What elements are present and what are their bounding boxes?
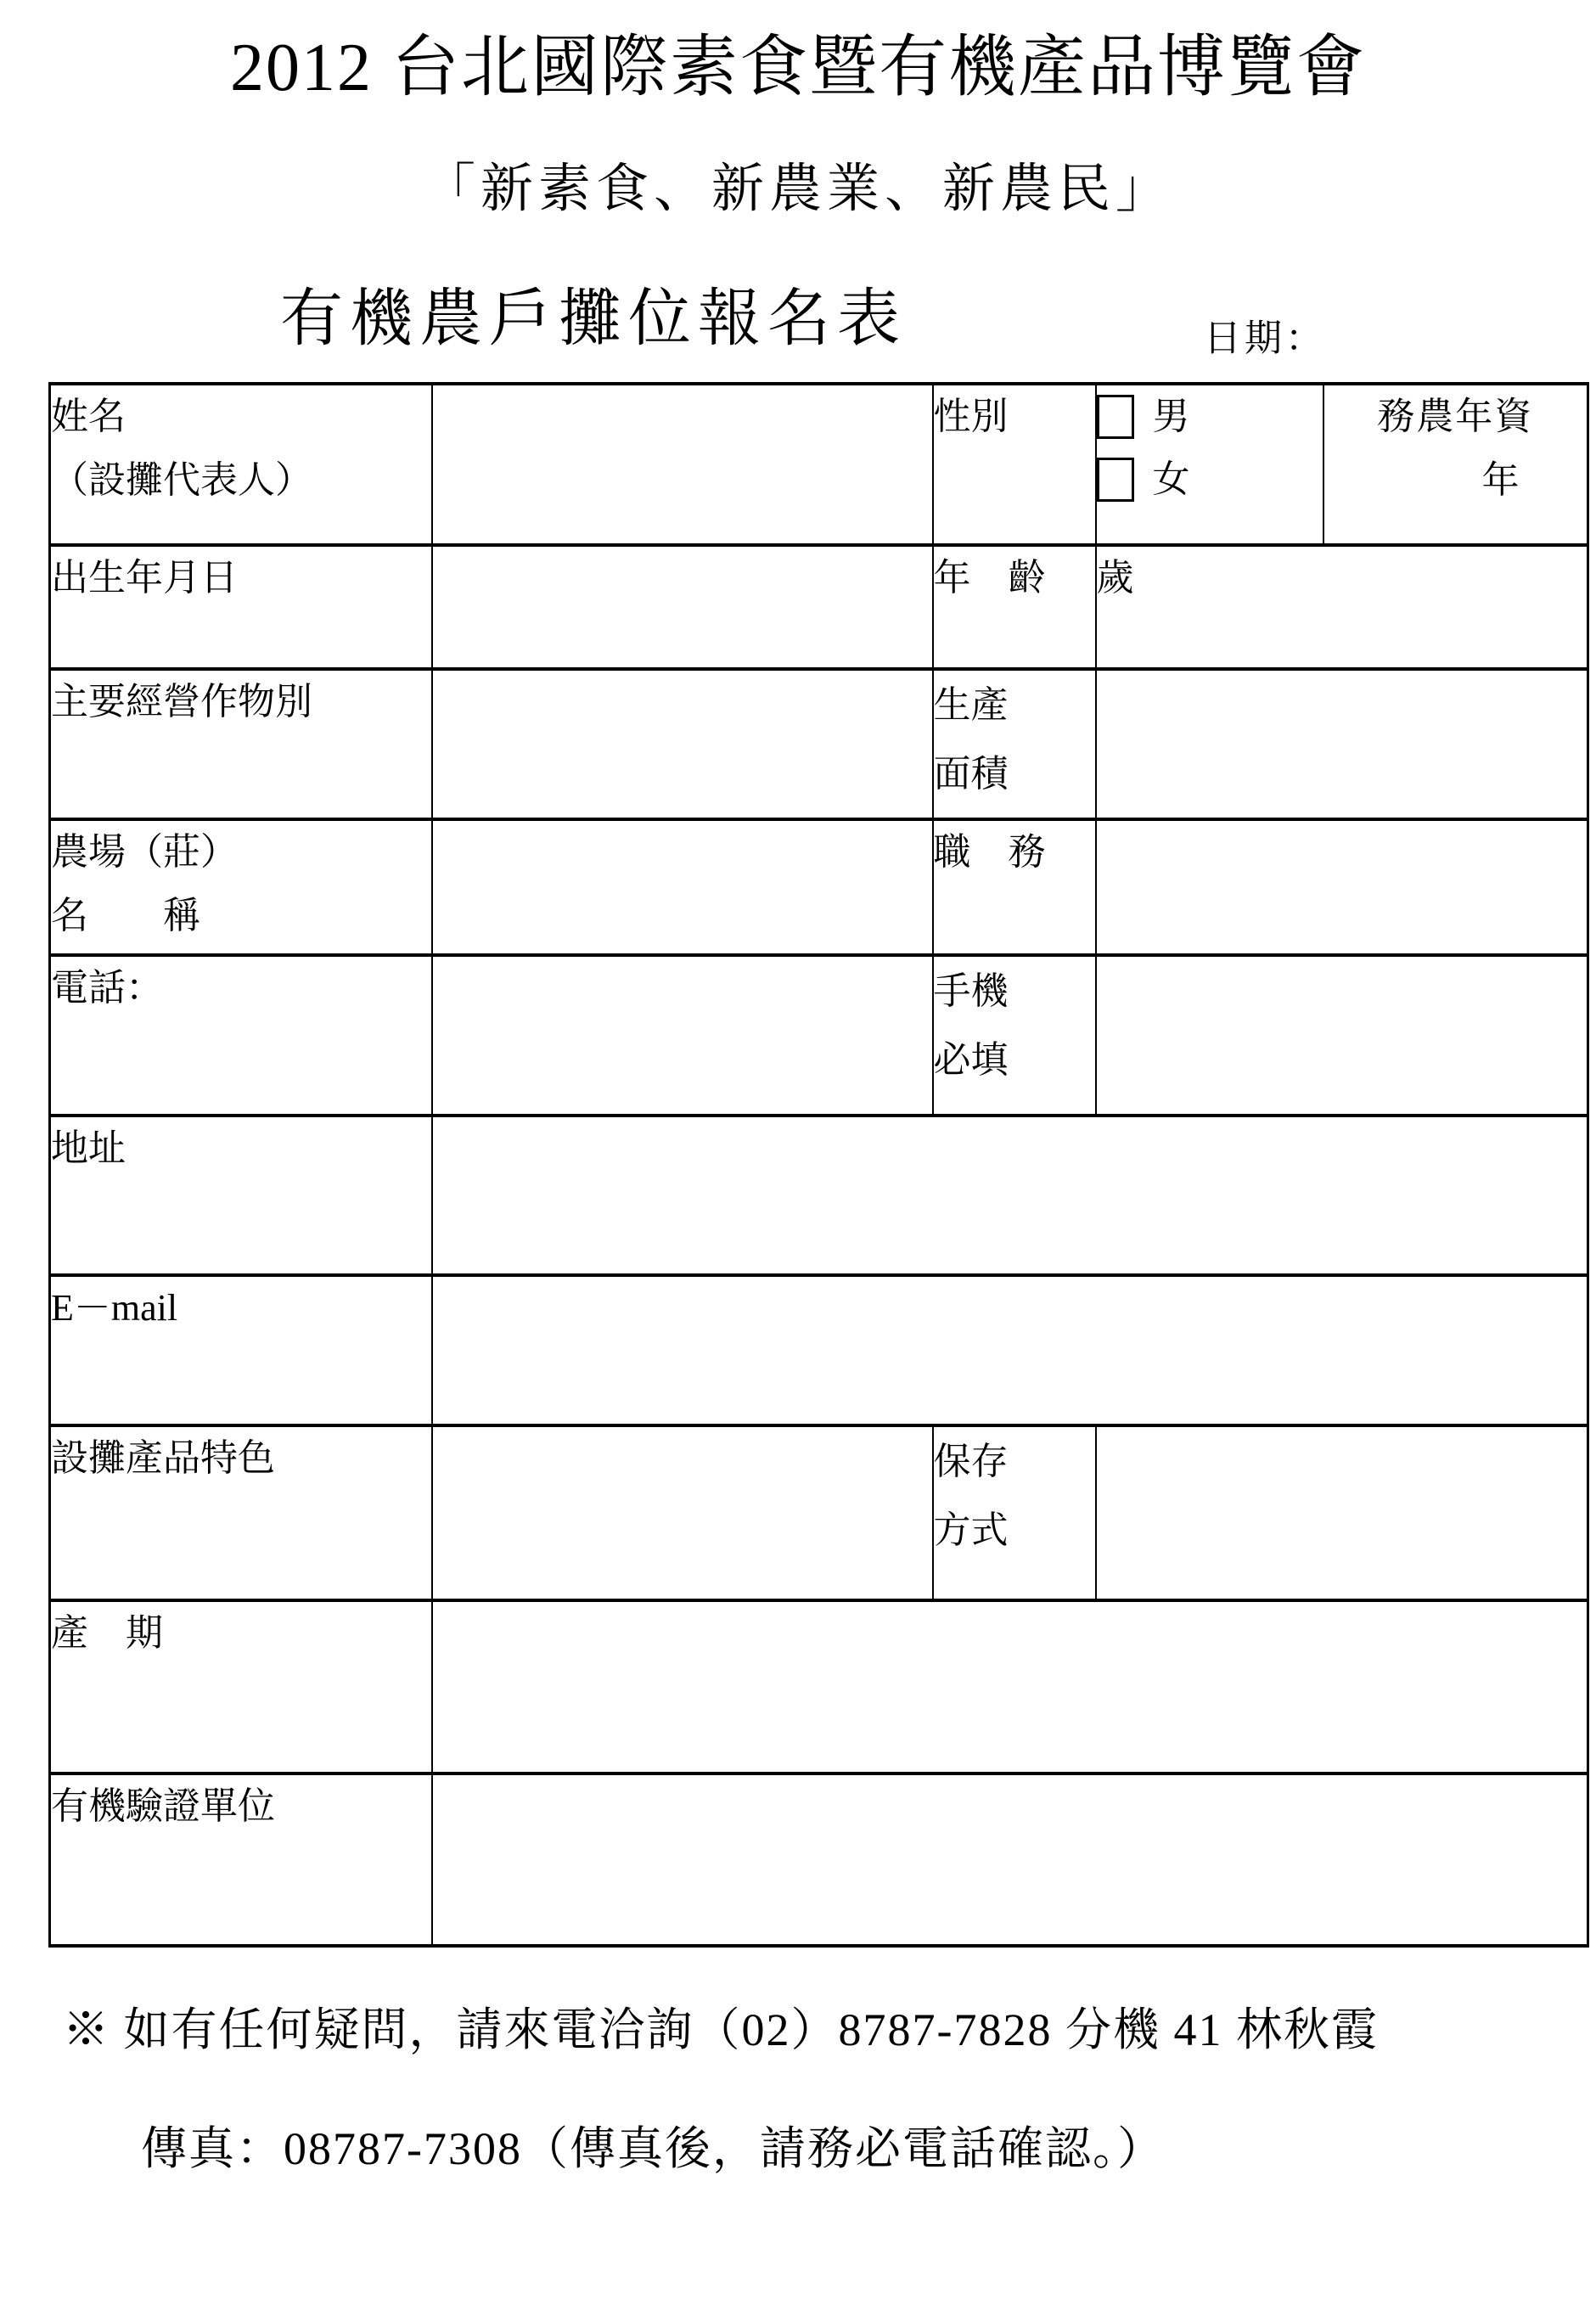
farming-years-label: 務農年資 [1324,385,1588,449]
address-label: 地址 [51,1117,431,1181]
registration-form-table: 姓名 （設攤代表人） 性別 男 女 務農年資 年 [48,382,1589,1948]
fax-note: 傳真：08787-7308（傳真後，請務必電話確認。） [141,2112,1165,2178]
main-crops-label: 主要經營作物別 [51,671,431,734]
row-certification: 有機驗證單位 [50,1773,1588,1946]
gender-label: 性別 [934,385,1095,449]
name-input-cell[interactable] [432,384,933,545]
row-birth-age: 出生年月日 年 齡 歲 [50,545,1588,669]
address-label-cell: 地址 [50,1116,432,1275]
email-label-cell: E－mail [50,1275,432,1425]
mobile-input-cell[interactable] [1096,955,1588,1116]
age-input-cell[interactable]: 歲 [1096,545,1588,669]
female-checkbox[interactable] [1097,458,1134,502]
preservation-label-line2: 方式 [934,1496,1095,1565]
age-label: 年 齡 [934,547,1095,610]
birth-date-label-cell: 出生年月日 [50,545,432,669]
form-title: 有機農戶攤位報名表 [280,268,907,358]
production-area-label-line1: 生產 [934,671,1095,739]
farming-years-unit: 年 [1324,449,1588,513]
product-features-input-cell[interactable] [432,1425,933,1600]
product-features-label-cell: 設攤產品特色 [50,1425,432,1600]
phone-label: 電話： [51,957,431,1020]
female-checkbox-label: 女 [1153,448,1190,512]
production-area-label-cell: 生產 面積 [933,669,1096,819]
farm-name-label-line1: 農場（莊） [51,821,431,885]
production-area-label-line2: 面積 [934,739,1095,808]
production-area-input-cell[interactable] [1096,669,1588,819]
registration-form-page: 2012 台北國際素食暨有機產品博覽會 「新素食、新農業、新農民」 有機農戶攤位… [0,0,1596,2299]
age-label-cell: 年 齡 [933,545,1096,669]
page-title: 2012 台北國際素食暨有機產品博覽會 [0,12,1596,110]
date-label: 日期： [1204,307,1326,362]
job-title-label: 職 務 [934,821,1095,885]
mobile-label-line1: 手機 [934,957,1095,1026]
row-email: E－mail [50,1275,1588,1425]
preservation-label-cell: 保存 方式 [933,1425,1096,1600]
row-features-preservation: 設攤產品特色 保存 方式 [50,1425,1588,1600]
gender-options-cell: 男 女 [1096,384,1323,545]
farming-years-input-cell[interactable]: 務農年資 年 [1323,384,1588,545]
address-input-cell[interactable] [432,1116,1588,1275]
main-crops-input-cell[interactable] [432,669,933,819]
birth-date-label: 出生年月日 [51,547,431,610]
preservation-input-cell[interactable] [1096,1425,1588,1600]
mobile-label-line2: 必填 [934,1026,1095,1094]
male-checkbox-label: 男 [1153,385,1190,449]
farm-name-label-cell: 農場（莊） 名 稱 [50,819,432,955]
production-period-label-cell: 產 期 [50,1600,432,1773]
production-period-label: 產 期 [51,1602,431,1666]
row-crops-area: 主要經營作物別 生產 面積 [50,669,1588,819]
production-period-input-cell[interactable] [432,1600,1588,1773]
email-label: E－mail [51,1277,431,1341]
gender-option-female[interactable]: 女 [1097,448,1323,511]
row-name-gender: 姓名 （設攤代表人） 性別 男 女 務農年資 年 [50,384,1588,545]
inquiry-note: ※ 如有任何疑問，請來電洽詢（02）8787-7828 分機 41 林秋霞 [63,1993,1379,2059]
row-phone-mobile: 電話： 手機 必填 [50,955,1588,1116]
age-unit: 歲 [1097,557,1134,599]
gender-label-cell: 性別 [933,384,1096,545]
certification-input-cell[interactable] [432,1773,1588,1946]
male-checkbox[interactable] [1097,395,1134,439]
gender-option-male[interactable]: 男 [1097,385,1323,448]
row-farmname-job: 農場（莊） 名 稱 職 務 [50,819,1588,955]
certification-label: 有機驗證單位 [51,1775,431,1839]
email-input-cell[interactable] [432,1275,1588,1425]
phone-label-cell: 電話： [50,955,432,1116]
job-title-label-cell: 職 務 [933,819,1096,955]
job-title-input-cell[interactable] [1096,819,1588,955]
product-features-label: 設攤產品特色 [51,1427,431,1491]
farm-name-input-cell[interactable] [432,819,933,955]
phone-input-cell[interactable] [432,955,933,1116]
row-address: 地址 [50,1116,1588,1275]
certification-label-cell: 有機驗證單位 [50,1773,432,1946]
row-production-period: 產 期 [50,1600,1588,1773]
farm-name-label-line2: 名 稱 [51,885,431,948]
main-crops-label-cell: 主要經營作物別 [50,669,432,819]
name-label-line2: （設攤代表人） [51,449,431,513]
mobile-label-cell: 手機 必填 [933,955,1096,1116]
name-label-line1: 姓名 [51,385,431,449]
preservation-label-line1: 保存 [934,1427,1095,1496]
name-label-cell: 姓名 （設攤代表人） [50,384,432,545]
birth-date-input-cell[interactable] [432,545,933,669]
page-subtitle: 「新素食、新農業、新農民」 [0,146,1596,222]
